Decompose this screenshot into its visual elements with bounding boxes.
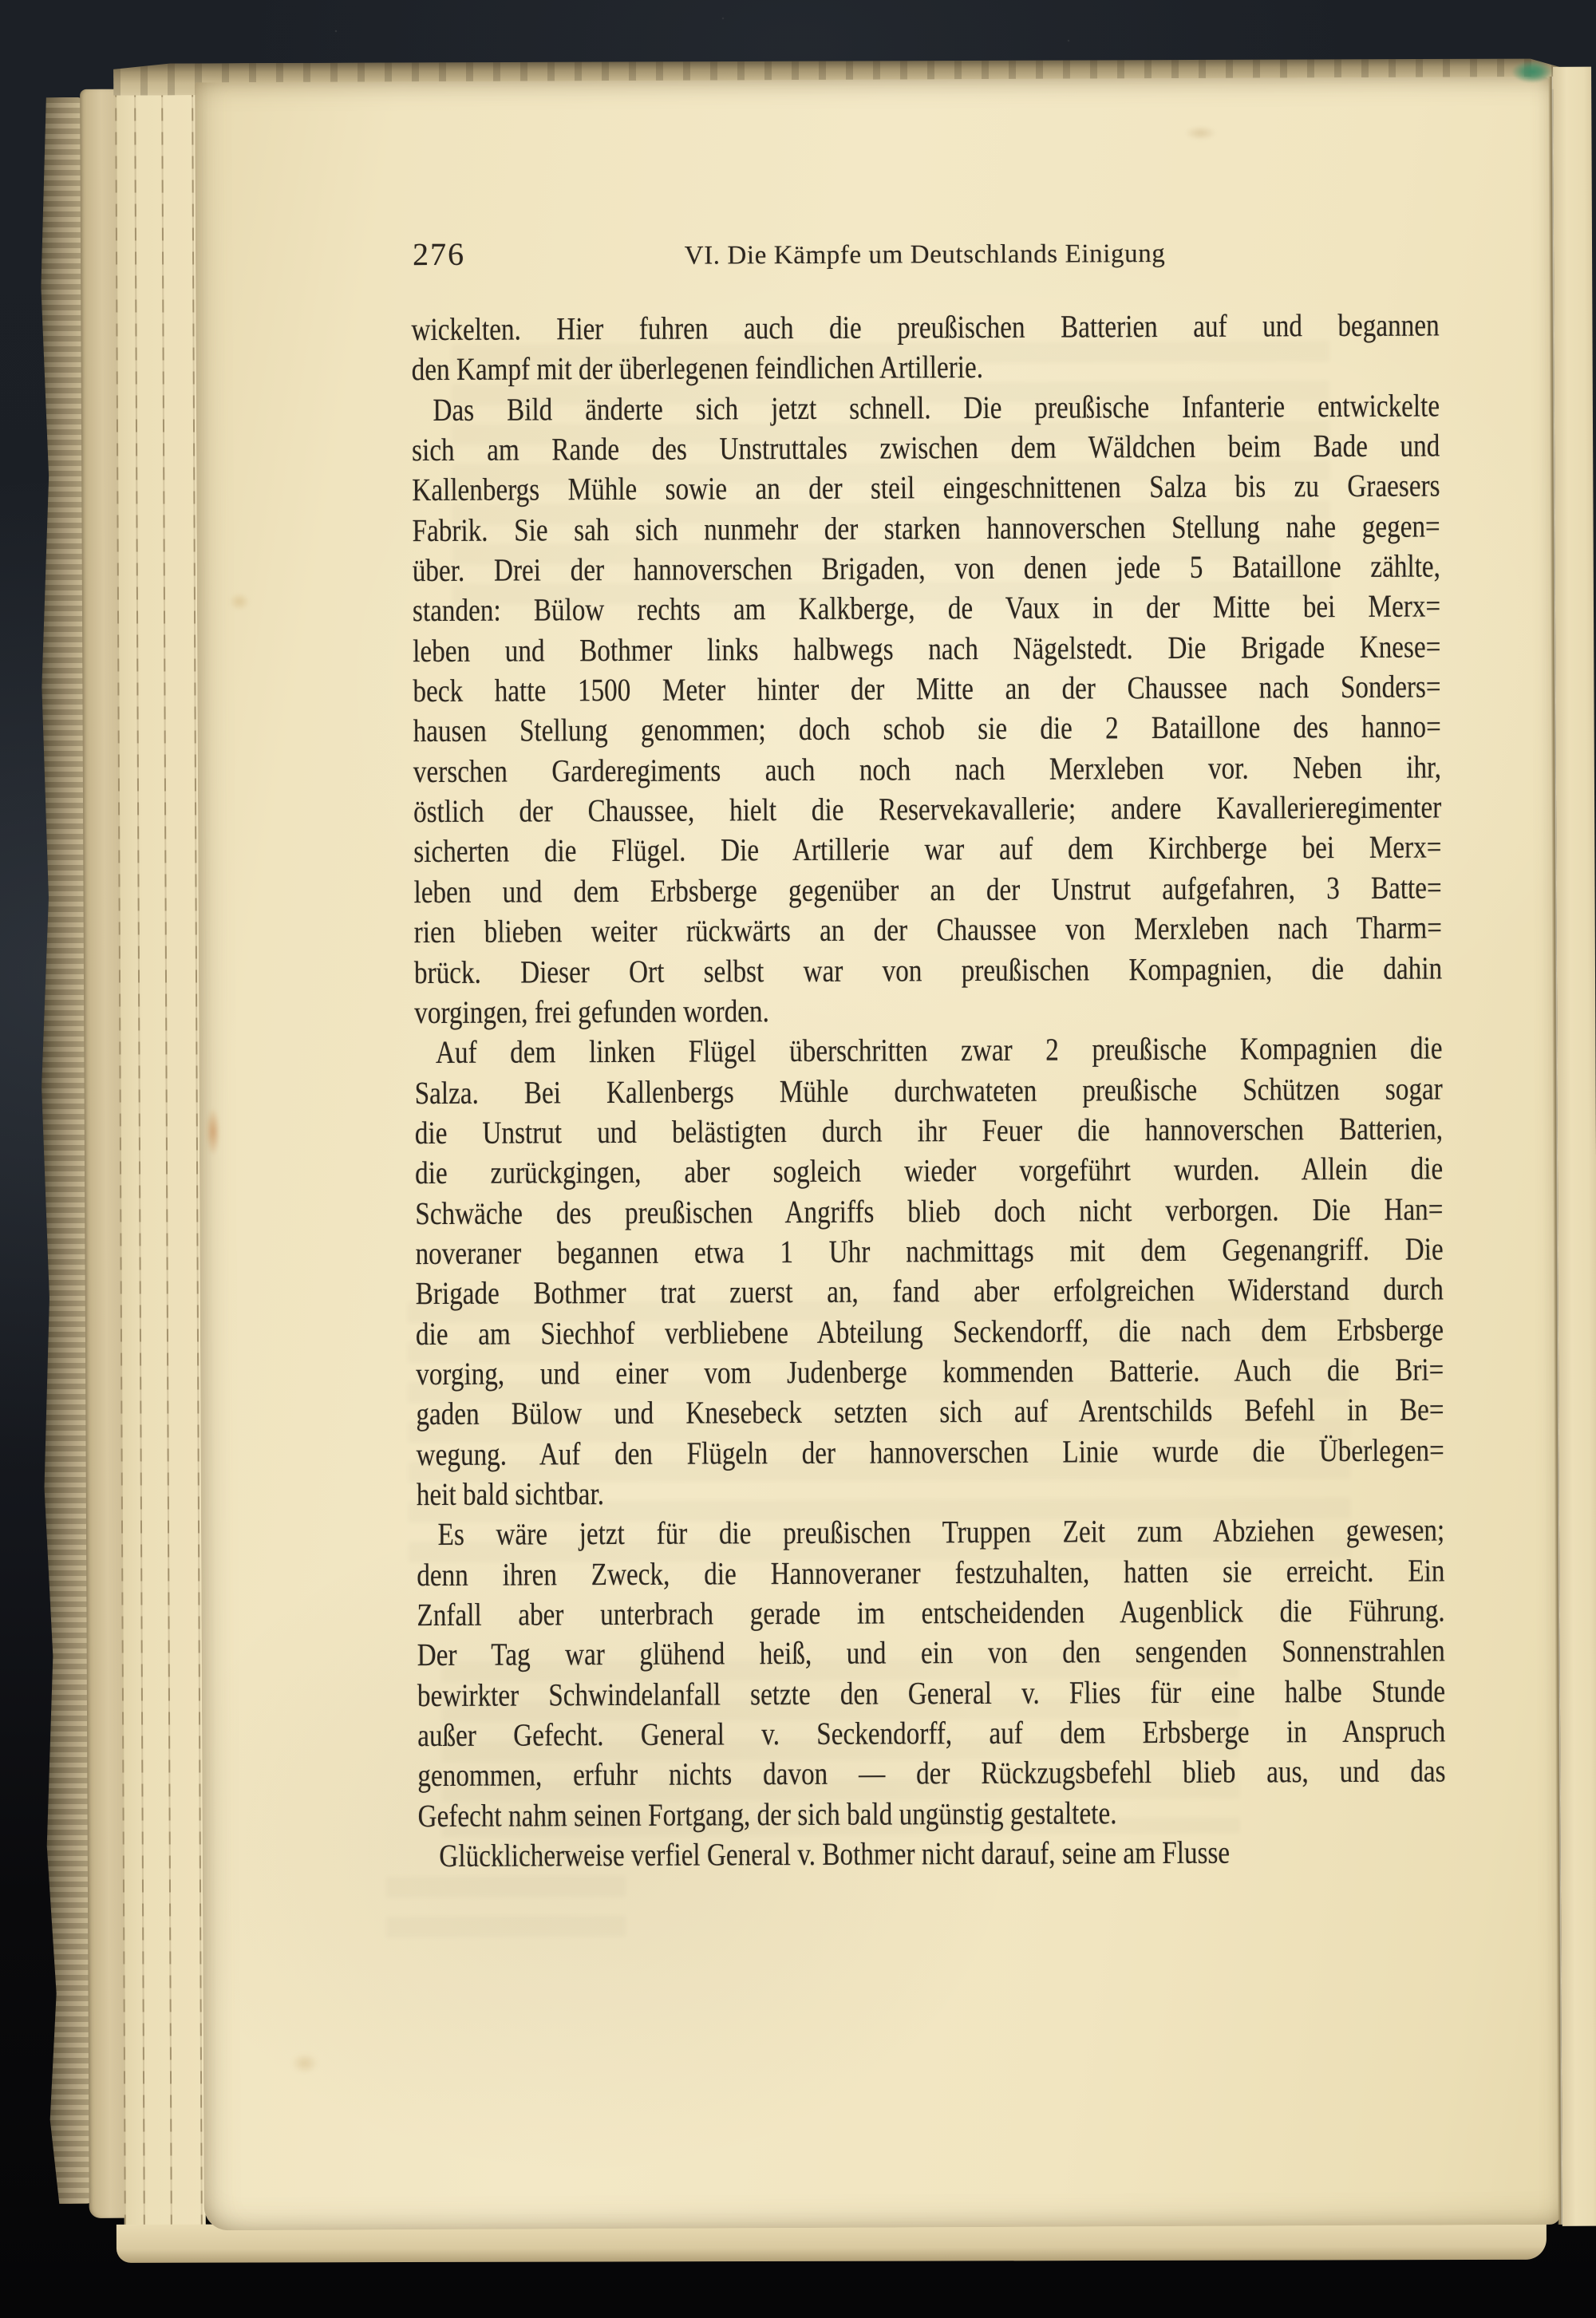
foxing-spot bbox=[206, 1108, 220, 1155]
text-line: leben und Bothmer links halbwegs nach Nä… bbox=[413, 626, 1440, 671]
text-line: Schwäche des preußischen Angriffs blieb … bbox=[415, 1189, 1443, 1234]
text-line: noveraner begannen etwa 1 Uhr nachmittag… bbox=[415, 1229, 1443, 1274]
text-line: Salza. Bei Kallenbergs Mühle durchwatete… bbox=[415, 1068, 1443, 1113]
text-line: Das Bild änderte sich jetzt schnell. Die… bbox=[412, 385, 1440, 430]
dust-specks bbox=[0, 0, 2, 2]
text-line: leben und dem Erbsberge gegenüber an der… bbox=[413, 867, 1441, 912]
foxing-spot bbox=[1184, 126, 1216, 140]
text-line: verschen Garderegiments auch noch nach M… bbox=[413, 747, 1441, 792]
text-line: vorging, und einer vom Judenberge kommen… bbox=[416, 1349, 1444, 1394]
page-edge-line bbox=[161, 84, 172, 2227]
text-line: Znfall aber unterbrach gerade im entsche… bbox=[417, 1590, 1444, 1635]
text-line: außer Gefecht. General v. Seckendorff, a… bbox=[417, 1711, 1445, 1755]
text-line: Fabrik. Sie sah sich nunmehr der starken… bbox=[412, 506, 1440, 551]
book-page: 276 VI. Die Kämpfe um Deutschlands Einig… bbox=[195, 77, 1561, 2230]
text-line: brück. Dieser Ort selbst war von preußis… bbox=[414, 948, 1442, 993]
text-line: sicherten die Flügel. Die Artillerie war… bbox=[413, 827, 1441, 872]
text-line: wegung. Auf den Flügeln der hannoversche… bbox=[417, 1430, 1444, 1475]
foxing-spot bbox=[229, 593, 250, 610]
text-line: gaden Bülow und Knesebeck setzten sich a… bbox=[416, 1390, 1444, 1435]
book-scan: 276 VI. Die Kämpfe um Deutschlands Einig… bbox=[0, 0, 1596, 2318]
text-line: östlich der Chaussee, hielt die Reservek… bbox=[413, 788, 1441, 832]
text-line: beck hatte 1500 Meter hinter der Mitte a… bbox=[413, 667, 1440, 712]
text-line: über. Drei der hannoverschen Brigaden, v… bbox=[413, 547, 1440, 591]
page-header: 276 VI. Die Kämpfe um Deutschlands Einig… bbox=[411, 231, 1439, 274]
text-line: die zurückgingen, aber sogleich wieder v… bbox=[415, 1149, 1443, 1194]
text-line: Es wäre jetzt für die preußischen Truppe… bbox=[417, 1510, 1444, 1555]
running-head: VI. Die Kämpfe um Deutschlands Einigung bbox=[411, 237, 1439, 272]
text-line: Gefecht nahm seinen Fortgang, der sich b… bbox=[417, 1791, 1445, 1836]
text-line: Glücklicherweise verfiel General v. Both… bbox=[418, 1832, 1446, 1877]
page-edge-line bbox=[134, 85, 145, 2228]
text-line: bewirkter Schwindelanfall setzte den Gen… bbox=[417, 1671, 1445, 1716]
text-line: heit bald sichtbar. bbox=[417, 1470, 1444, 1514]
text-line: Kallenbergs Mühle sowie an der steil ein… bbox=[412, 466, 1440, 511]
text-line: denn ihren Zweck, die Hannoveraner festz… bbox=[417, 1550, 1444, 1595]
text-line: hausen Stellung genommen; doch schob sie… bbox=[413, 707, 1441, 752]
show-through-patch bbox=[386, 1876, 626, 1949]
green-stain bbox=[1511, 61, 1553, 83]
text-line: den Kampf mit der überlegenen feindliche… bbox=[412, 346, 1440, 390]
text-line: Brigade Bothmer trat zuerst an, fand abe… bbox=[416, 1270, 1444, 1314]
text-block: wickelten. Hier fuhren auch die preußisc… bbox=[411, 305, 1446, 1876]
text-line: genommen, erfuhr nichts davon — der Rück… bbox=[417, 1751, 1445, 1796]
text-line: rien blieben weiter rückwärts an der Cha… bbox=[414, 908, 1442, 953]
page-stack-left-ledge bbox=[115, 84, 206, 2227]
text-line: wickelten. Hier fuhren auch die preußisc… bbox=[411, 305, 1439, 349]
text-line: vorgingen, frei gefunden worden. bbox=[414, 988, 1442, 1033]
text-line: die Unstrut und belästigten durch ihr Fe… bbox=[415, 1108, 1443, 1153]
text-line: Der Tag war glühend heiß, und ein von de… bbox=[417, 1631, 1445, 1676]
text-line: standen: Bülow rechts am Kalkberge, de V… bbox=[413, 586, 1440, 631]
text-line: Auf dem linken Flügel überschritten zwar… bbox=[414, 1029, 1442, 1073]
text-line: die am Siechhof verbliebene Abteilung Se… bbox=[416, 1309, 1444, 1354]
text-line: sich am Rande des Unstruttales zwischen … bbox=[412, 426, 1440, 471]
foxing-spot bbox=[291, 2053, 318, 2074]
